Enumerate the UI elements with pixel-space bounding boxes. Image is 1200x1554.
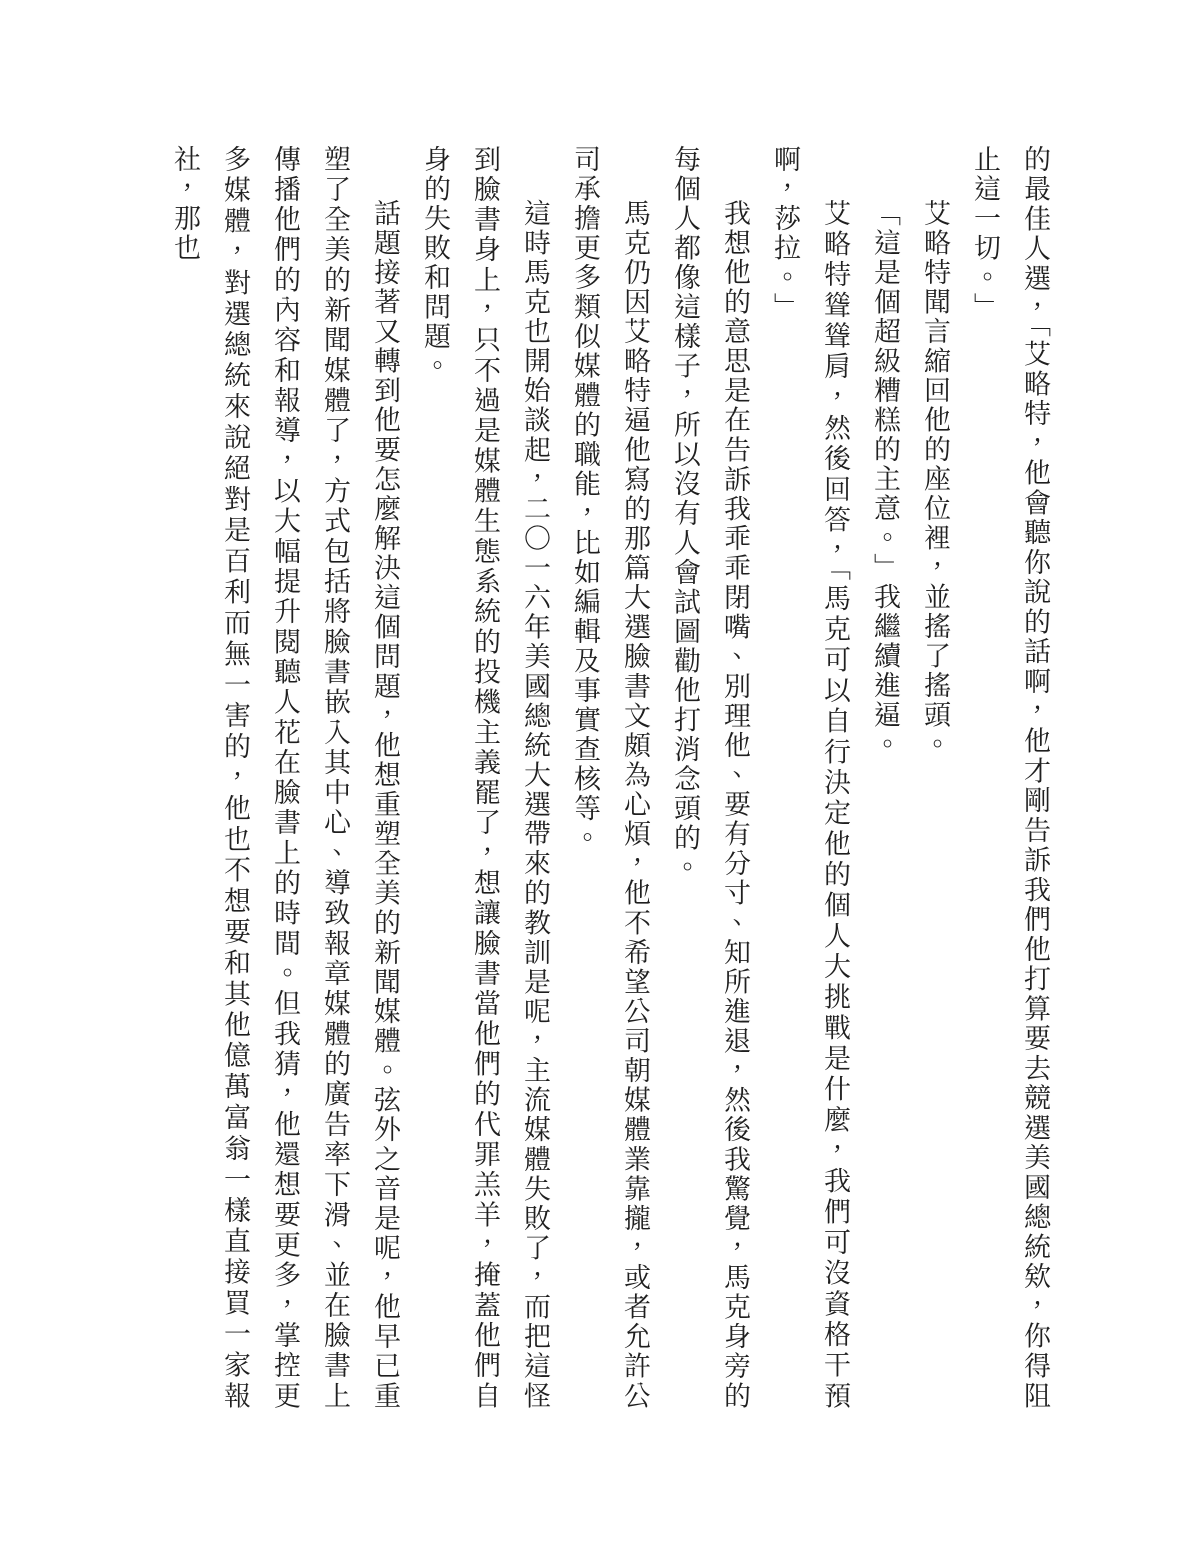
paragraph: 的最佳人選，「艾略特，他會聽你說的話啊，他才剛告訴我們他打算要去競選美國總統欸，… (960, 145, 1060, 1411)
paragraph: 艾略特聳聳肩，然後回答，「馬克可以自行決定他的個人大挑戰是什麼，我們可沒資格干預… (760, 145, 860, 1411)
book-page: 的最佳人選，「艾略特，他會聽你說的話啊，他才剛告訴我們他打算要去競選美國總統欸，… (0, 0, 1200, 1554)
paragraph: 馬克仍因艾略特逼他寫的那篇大選臉書文頗為心煩，他不希望公司朝媒體業靠攏，或者允許… (560, 145, 660, 1411)
paragraph: 話題接著又轉到他要怎麼解決這個問題，他想重塑全美的新聞媒體。弦外之音是呢，他早已… (160, 145, 410, 1411)
paragraph: 這時馬克也開始談起，二〇一六年美國總統大選帶來的教訓是呢，主流媒體失敗了，而把這… (410, 145, 560, 1411)
paragraph: 我想他的意思是在告訴我乖乖閉嘴、別理他、要有分寸、知所進退，然後我驚覺，馬克身旁… (660, 145, 760, 1411)
vertical-text-block: 的最佳人選，「艾略特，他會聽你說的話啊，他才剛告訴我們他打算要去競選美國總統欸，… (160, 145, 1060, 1411)
paragraph: 「這是個超級糟糕的主意。」我繼續進逼。 (860, 145, 910, 1411)
paragraph: 艾略特聞言縮回他的座位裡，並搖了搖頭。 (910, 145, 960, 1411)
